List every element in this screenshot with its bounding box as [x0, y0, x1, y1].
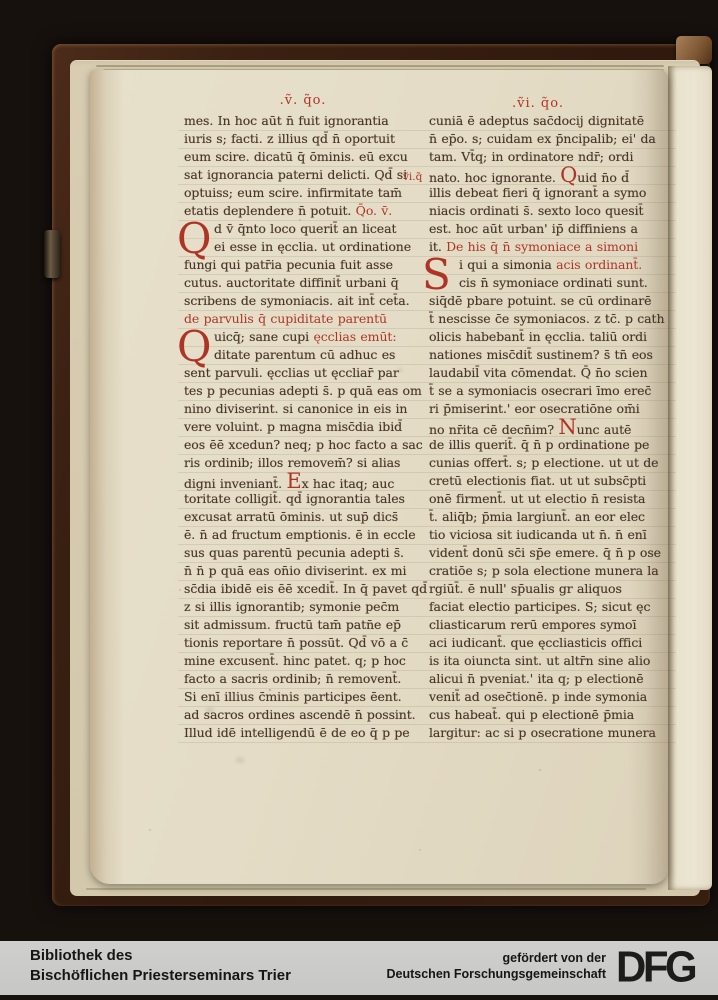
manuscript-line: est. hoc aūt urban' ip̄ diffiniens a	[429, 220, 675, 238]
library-name-line1: Bibliothek des	[30, 946, 291, 966]
sheet-edge-line	[86, 888, 646, 890]
ink-text: sit admissum. fructū tam̄ patn̄e ep̄	[184, 617, 401, 632]
manuscript-line: cliasticarum rerū empores symoī	[429, 616, 675, 634]
manuscript-line: eum scire. dicatū q̄ ōminis. eū excu	[184, 148, 424, 166]
manuscript-line: optuiss; eum scire. infirmitate tam̄	[184, 184, 424, 202]
rubric-text: Q̄o. v̄.	[356, 203, 392, 218]
manuscript-line: ris ordinib; illos removem̄? si alias	[184, 454, 424, 472]
manuscript-line: laudabil̄ vita cōmendat. Q̄ n̄o scien	[429, 364, 675, 382]
manuscript-line: eos ēē xcedun? neq; p hoc facto a sac	[184, 436, 424, 454]
ink-text: mine excusent̄. hinc patet. q; p hoc	[184, 653, 406, 668]
ink-text: ad sacros ordines ascendē n̄ possint.	[184, 707, 416, 722]
ink-text: tionis reportare n̄ possūt. Qd̄ vō a c̄	[184, 635, 408, 650]
manuscript-line: digni inveniant̄. Ex hac itaq; auc	[184, 472, 424, 490]
ink-text: d v̄ q̄nto loco querit̄ an liceat	[214, 221, 396, 236]
photo-stage: .ṽ. q̃o. .ṽi. q̃o. mes. In hoc aūt n̄ fu…	[0, 0, 718, 1000]
ink-text: sat ignorancia paterni delicti. Qd̄ si	[184, 167, 407, 182]
manuscript-line: cis n̄ symoniace ordinati sunt.	[429, 274, 675, 292]
rubric-initial: S	[422, 256, 451, 293]
ink-text: olicis habebant̄ in ęcclia. taliū ordi	[429, 329, 647, 344]
library-name: Bibliothek des Bischöflichen Priestersem…	[30, 946, 291, 986]
rubric-initial: Q	[177, 220, 211, 257]
manuscript-line: sent parvuli. ęcclias ut ęccliar̄ par	[184, 364, 424, 382]
manuscript-block: Quicq̄; sane cupi ęcclias emūt:ditate pa…	[184, 328, 424, 742]
ink-text: niacis ordinati s̄. sexto loco quesit̄	[429, 203, 643, 218]
ink-text: de illis querit̄. q̄ n̄ p ordinatione pe	[429, 437, 649, 452]
ink-text: ri p̄miserint.' eor osecratiōne om̄i	[429, 401, 640, 416]
ink-text: alicui n̄ pveniat.' ita q; p electionē	[429, 671, 644, 686]
ink-text: z si illis ignorantib; symonie pec̄m	[184, 599, 399, 614]
ink-text: cunias offert̄. s; p electione. ut ut de	[429, 455, 658, 470]
manuscript-block: mes. In hoc aūt n̄ fuit ignorantiaiuris …	[184, 112, 424, 220]
manuscript-line: tionis reportare n̄ possūt. Qd̄ vō a c̄	[184, 634, 424, 652]
ink-text: cus habeat̄. qui p electionē p̄mia	[429, 707, 634, 722]
ink-text: uicq̄; sane cupi	[214, 329, 313, 344]
manuscript-line: cutus. auctoritate diffinit̄ urbani q̄	[184, 274, 424, 292]
ink-text: sc̄dia ibidē eis ēē xcedit̄. In q̄ pavet…	[184, 581, 427, 596]
manuscript-line: mes. In hoc aūt n̄ fuit ignorantia	[184, 112, 424, 130]
manuscript-line: toritate colligit̄. qd̄ ignorantia tales	[184, 490, 424, 508]
manuscript-line: nationes misc̄dit̄ sustinem? s̄ tn̄ eos	[429, 346, 675, 364]
manuscript-block: Si qui a simonia acis ordinant̄.cis n̄ s…	[429, 256, 675, 742]
manuscript-line: faciat electio participes. S; sicut ęc	[429, 598, 675, 616]
manuscript-line: iuris s; facti. z illius qd̄ n̄ oportuit	[184, 130, 424, 148]
ink-text: uid n̄o d̄	[577, 170, 629, 185]
manuscript-line: sit admissum. fructū tam̄ patn̄e ep̄	[184, 616, 424, 634]
manuscript-line: siq̄dē pbare potuint. se cū ordinarē	[429, 292, 675, 310]
ink-text: venit̄ ad osec̄tionē. p inde symonia	[429, 689, 647, 704]
manuscript-block: Qd v̄ q̄nto loco querit̄ an liceatei ess…	[184, 220, 424, 328]
manuscript-line: cretū electionis fiat. ut ut subsc̄pti	[429, 472, 675, 490]
ink-text: vere voluint. p magna misc̄dia ibid̄	[184, 419, 402, 434]
manuscript-line: ad sacros ordines ascendē n̄ possint.	[184, 706, 424, 724]
ink-text: tio viciosa sit iudicanda ut n̄. n̄ enī	[429, 527, 647, 542]
manuscript-line: i qui a simonia acis ordinant̄.	[429, 256, 675, 274]
funding-credit: gefördert von der Deutschen Forschungsge…	[387, 950, 607, 982]
ink-text: faciat electio participes. S; sicut ęc	[429, 599, 650, 614]
manuscript-line: vident̄ donū sc̄i sp̄e emere. q̄ n̄ p os…	[429, 544, 675, 562]
manuscript-line: nino diviserint. si canonice in eis in	[184, 400, 424, 418]
manuscript-line: aci iudicant̄. que ęccliasticis offici	[429, 634, 675, 652]
ink-text: no nr̄ita cē decn̄im?	[429, 422, 558, 437]
manuscript-line: excusat arratū ōminis. ut sup̄ dics̄	[184, 508, 424, 526]
manuscript-line: vere voluint. p magna misc̄dia ibid̄	[184, 418, 424, 436]
ink-text: nationes misc̄dit̄ sustinem? s̄ tn̄ eos	[429, 347, 653, 362]
ink-text: rgiūt̄. ē null' sp̄ualis gr aliquos	[429, 581, 622, 596]
ink-text: est. hoc aūt urban' ip̄ diffiniens a	[429, 221, 638, 236]
ink-text: nino diviserint. si canonice in eis in	[184, 401, 407, 416]
manuscript-line: cunias offert̄. s; p electione. ut ut de	[429, 454, 675, 472]
manuscript-line: rgiūt̄. ē null' sp̄ualis gr aliquos	[429, 580, 675, 598]
sheet-edge-line	[96, 65, 664, 67]
manuscript-line: cratiōe s; p sola electione munera la	[429, 562, 675, 580]
manuscript-line: n̄ n̄ p quā eas on̄io diviserint. ex mi	[184, 562, 424, 580]
ink-text: onē firment̄. ut ut electio n̄ resista	[429, 491, 645, 506]
manuscript-line: tam. Vt̄q; in ordinatore ndr̄; ordi	[429, 148, 675, 166]
ink-text: t̄ se a symoniacis osecrari īmo erec̄	[429, 383, 651, 398]
ink-text: x hac itaq; auc	[302, 476, 395, 491]
rubric-text: de parvulis q̄ cupiditate parentū	[184, 311, 387, 326]
manuscript-line: ē. n̄ ad fructum emptionis. ē in eccle	[184, 526, 424, 544]
manuscript-line: it. De his q̄ n̄ symoniace a simoni	[429, 238, 675, 256]
ink-text: cis n̄ symoniace ordinati sunt.	[459, 275, 648, 290]
ink-text: scribens de symoniacis. ait int̄ cet̄a.	[184, 293, 409, 308]
ink-text: Illud idē intelligendū ē de eo q̄ p pe	[184, 725, 410, 740]
ink-text: eum scire. dicatū q̄ ōminis. eū excu	[184, 149, 408, 164]
manuscript-line: largitur: ac si p osecratione munera	[429, 724, 675, 742]
ink-text: siq̄dē pbare potuint. se cū ordinarē	[429, 293, 651, 308]
manuscript-line: sus quas parentū pecunia adepti s̄.	[184, 544, 424, 562]
ink-text: cutus. auctoritate diffinit̄ urbani q̄	[184, 275, 399, 290]
manuscript-line: t̄ nescisse c̄e symoniacos. z tc̄. p cat…	[429, 310, 675, 328]
manuscript-line: sat ignorancia paterni delicti. Qd̄ si	[184, 166, 424, 184]
ink-text: n̄ n̄ p quā eas on̄io diviserint. ex mi	[184, 563, 406, 578]
ink-text: aci iudicant̄. que ęccliasticis offici	[429, 635, 642, 650]
ink-text: cratiōe s; p sola electione munera la	[429, 563, 659, 578]
manuscript-line: ei esse in ęcclia. ut ordinatione	[184, 238, 424, 256]
metadata-bar: Bibliothek des Bischöflichen Priestersem…	[0, 941, 718, 995]
dfg-logo: DFG	[616, 942, 694, 992]
rubric-text: ęcclias emūt:	[313, 329, 396, 344]
manuscript-line: uicq̄; sane cupi ęcclias emūt:	[184, 328, 424, 346]
ink-text: ē. n̄ ad fructum emptionis. ē in eccle	[184, 527, 416, 542]
manuscript-line: mine excusent̄. hinc patet. q; p hoc	[184, 652, 424, 670]
manuscript-line: etatis deplendere n̄ potuit. Q̄o. v̄.	[184, 202, 424, 220]
text-column-right: ṽi.q̃ cuniā ē adeptus sac̄docij dignitat…	[429, 112, 675, 742]
manuscript-line: n̄ ep̄o. s; cuidam ex p̄ncipalib; ei' da	[429, 130, 675, 148]
ink-text: t̄. aliq̄b; p̄mia largiunt̄. an eor elec	[429, 509, 645, 524]
funding-credit-line1: gefördert von der	[387, 950, 607, 966]
ink-text: iuris s; facti. z illius qd̄ n̄ oportuit	[184, 131, 395, 146]
manuscript-line: cuniā ē adeptus sac̄docij dignitatē	[429, 112, 675, 130]
manuscript-line: d v̄ q̄nto loco querit̄ an liceat	[184, 220, 424, 238]
ink-text: sent parvuli. ęcclias ut ęccliar̄ par	[184, 365, 399, 380]
manuscript-block: cuniā ē adeptus sac̄docij dignitatēn̄ ep…	[429, 112, 675, 256]
manuscript-line: venit̄ ad osec̄tionē. p inde symonia	[429, 688, 675, 706]
manuscript-line: ditate parentum cū adhuc es	[184, 346, 424, 364]
rubric-text: De his q̄ n̄ symoniace a simoni	[446, 239, 638, 254]
ink-text: n̄ ep̄o. s; cuidam ex p̄ncipalib; ei' da	[429, 131, 656, 146]
folio-header-left: .ṽ. q̃o.	[258, 93, 348, 108]
ink-text: is ita oiuncta sint. ut altr̄n sine alio	[429, 653, 650, 668]
ink-text: sus quas parentū pecunia adepti s̄.	[184, 545, 404, 560]
manuscript-line: facto a sacris ordinib; n̄ removent̄.	[184, 670, 424, 688]
manuscript-line: onē firment̄. ut ut electio n̄ resista	[429, 490, 675, 508]
ink-text: nato. hoc ignorante.	[429, 170, 560, 185]
manuscript-line: ri p̄miserint.' eor osecratiōne om̄i	[429, 400, 675, 418]
ink-text: laudabil̄ vita cōmendat. Q̄ n̄o scien	[429, 365, 647, 380]
ink-text: fungi qui patr̄ia pecunia fuit asse	[184, 257, 393, 272]
manuscript-line: sc̄dia ibidē eis ēē xcedit̄. In q̄ pavet…	[184, 580, 424, 598]
manuscript-line: nato. hoc ignorante. Quid n̄o d̄	[429, 166, 675, 184]
book-clasp-left	[44, 230, 60, 278]
ink-text: unc autē	[577, 422, 632, 437]
ink-text: eos ēē xcedun? neq; p hoc facto a sac	[184, 437, 423, 452]
ink-text: digni inveniant̄.	[184, 476, 286, 491]
funding-credit-line2: Deutschen Forschungsgemeinschaft	[387, 966, 607, 982]
manuscript-line: de illis querit̄. q̄ n̄ p ordinatione pe	[429, 436, 675, 454]
ink-text: tes p pecunias adepti s̄. p quā eas om	[184, 383, 422, 398]
ink-text: mes. In hoc aūt n̄ fuit ignorantia	[184, 113, 389, 128]
ink-text: cliasticarum rerū empores symoī	[429, 617, 636, 632]
folio-header-right: .ṽi. q̃o.	[498, 96, 578, 111]
manuscript-line: tio viciosa sit iudicanda ut n̄. n̄ enī	[429, 526, 675, 544]
ink-text: Si enī illius c̄minis participes ēent.	[184, 689, 402, 704]
manuscript-line: is ita oiuncta sint. ut altr̄n sine alio	[429, 652, 675, 670]
ink-text: largitur: ac si p osecratione munera	[429, 725, 656, 740]
manuscript-line: illis debeat fieri q̄ ignorant̄ a symo	[429, 184, 675, 202]
text-column-left: mes. In hoc aūt n̄ fuit ignorantiaiuris …	[184, 112, 424, 742]
manuscript-line: alicui n̄ pveniat.' ita q; p electionē	[429, 670, 675, 688]
rubric-initial: Q	[177, 328, 211, 365]
manuscript-line: scribens de symoniacis. ait int̄ cet̄a.	[184, 292, 424, 310]
manuscript-line: tes p pecunias adepti s̄. p quā eas om	[184, 382, 424, 400]
ink-text: cuniā ē adeptus sac̄docij dignitatē	[429, 113, 644, 128]
manuscript-line: z si illis ignorantib; symonie pec̄m	[184, 598, 424, 616]
ink-text: ris ordinib; illos removem̄? si alias	[184, 455, 400, 470]
manuscript-line: niacis ordinati s̄. sexto loco quesit̄	[429, 202, 675, 220]
manuscript-line: olicis habebant̄ in ęcclia. taliū ordi	[429, 328, 675, 346]
manuscript-line: cus habeat̄. qui p electionē p̄mia	[429, 706, 675, 724]
ink-text: toritate colligit̄. qd̄ ignorantia tales	[184, 491, 405, 506]
manuscript-line: t̄. aliq̄b; p̄mia largiunt̄. an eor elec	[429, 508, 675, 526]
manuscript-line: t̄ se a symoniacis osecrari īmo erec̄	[429, 382, 675, 400]
ink-text: ditate parentum cū adhuc es	[214, 347, 395, 362]
ink-text: optuiss; eum scire. infirmitate tam̄	[184, 185, 402, 200]
library-name-line2: Bischöflichen Priesterseminars Trier	[30, 966, 291, 986]
manuscript-line: fungi qui patr̄ia pecunia fuit asse	[184, 256, 424, 274]
rubric-text: acis ordinant̄.	[556, 257, 642, 272]
manuscript-line: de parvulis q̄ cupiditate parentū	[184, 310, 424, 328]
ink-text: cretū electionis fiat. ut ut subsc̄pti	[429, 473, 646, 488]
manuscript-line: no nr̄ita cē decn̄im? Nunc autē	[429, 418, 675, 436]
ink-text: tam. Vt̄q; in ordinatore ndr̄; ordi	[429, 149, 633, 164]
manuscript-line: Si enī illius c̄minis participes ēent.	[184, 688, 424, 706]
manuscript-line: Illud idē intelligendū ē de eo q̄ p pe	[184, 724, 424, 742]
ink-text: illis debeat fieri q̄ ignorant̄ a symo	[429, 185, 646, 200]
margin-note: ṽi.q̃	[403, 168, 422, 186]
ink-text: ei esse in ęcclia. ut ordinatione	[214, 239, 411, 254]
ink-text: vident̄ donū sc̄i sp̄e emere. q̄ n̄ p os…	[429, 545, 661, 560]
ink-text: facto a sacris ordinib; n̄ removent̄.	[184, 671, 401, 686]
ink-text: t̄ nescisse c̄e symoniacos. z tc̄. p cat…	[429, 311, 664, 326]
ink-text: excusat arratū ōminis. ut sup̄ dics̄	[184, 509, 398, 524]
ink-text: i qui a simonia	[459, 257, 556, 272]
